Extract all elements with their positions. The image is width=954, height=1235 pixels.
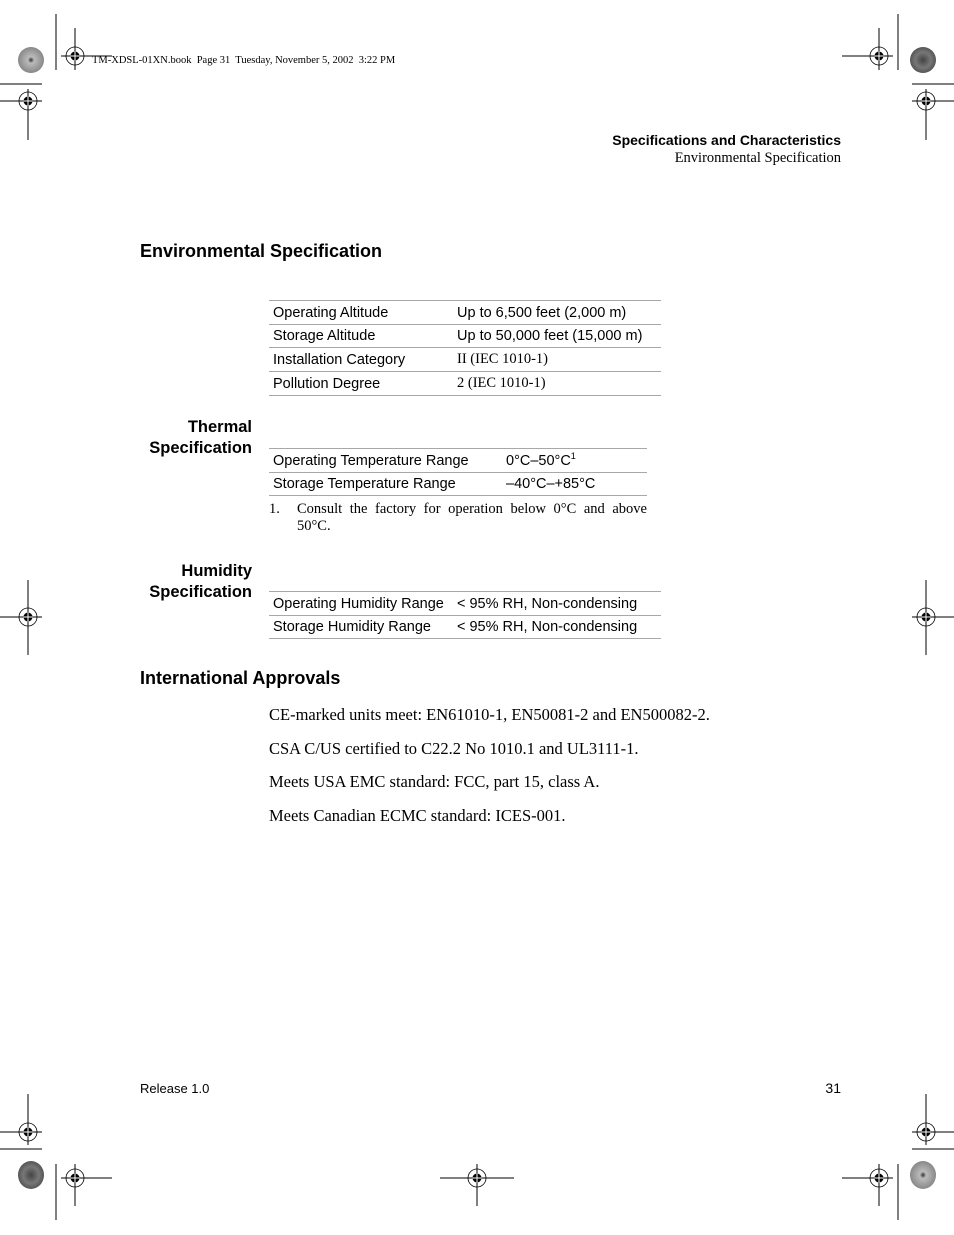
table-row: Operating Temperature Range 0°C–50°C1: [269, 449, 647, 473]
print-slug: TM-XDSL-01XN.book Page 31 Tuesday, Novem…: [92, 55, 395, 66]
row-label: Installation Category: [269, 348, 453, 372]
star-target-icon: [910, 47, 936, 73]
row-label: Pollution Degree: [269, 372, 453, 396]
approvals-heading: International Approvals: [140, 668, 340, 689]
row-label: Operating Altitude: [269, 301, 453, 325]
row-label: Operating Humidity Range: [269, 592, 453, 616]
row-label: Storage Humidity Range: [269, 616, 453, 639]
row-label: Operating Temperature Range: [269, 449, 502, 473]
table-row: Storage Altitude Up to 50,000 feet (15,0…: [269, 325, 661, 348]
star-target-icon: [910, 1161, 936, 1189]
table-row: Operating Humidity Range < 95% RH, Non-c…: [269, 592, 661, 616]
row-value: < 95% RH, Non-condensing: [453, 592, 661, 616]
footnote-ref: 1: [571, 451, 576, 461]
table-row: Pollution Degree 2 (IEC 1010-1): [269, 372, 661, 396]
star-target-icon: [18, 47, 44, 73]
footnote-text: Consult the factory for operation below …: [297, 501, 647, 535]
footer-release: Release 1.0: [140, 1081, 209, 1096]
row-value: 2 (IEC 1010-1): [453, 372, 661, 396]
approval-paragraph: Meets USA EMC standard: FCC, part 15, cl…: [269, 772, 599, 792]
page-number: 31: [825, 1080, 841, 1096]
approval-paragraph: CE-marked units meet: EN61010-1, EN50081…: [269, 705, 710, 725]
row-value: 0°C–50°C1: [502, 449, 647, 473]
footnote-number: 1.: [269, 501, 280, 518]
thermal-footnote: 1. Consult the factory for operation bel…: [269, 501, 647, 535]
row-value: Up to 50,000 feet (15,000 m): [453, 325, 661, 348]
running-header-section: Environmental Specification: [675, 150, 841, 167]
table-row: Operating Altitude Up to 6,500 feet (2,0…: [269, 301, 661, 325]
row-value: Up to 6,500 feet (2,000 m): [453, 301, 661, 325]
environmental-table: Operating Altitude Up to 6,500 feet (2,0…: [269, 300, 661, 396]
table-row: Storage Humidity Range < 95% RH, Non-con…: [269, 616, 661, 639]
environmental-heading: Environmental Specification: [140, 241, 382, 262]
row-label: Storage Temperature Range: [269, 473, 502, 496]
approval-paragraph: Meets Canadian ECMC standard: ICES-001.: [269, 806, 566, 826]
approval-paragraph: CSA C/US certified to C22.2 No 1010.1 an…: [269, 739, 639, 759]
humidity-table: Operating Humidity Range < 95% RH, Non-c…: [269, 591, 661, 639]
thermal-table: Operating Temperature Range 0°C–50°C1 St…: [269, 448, 647, 496]
running-header-chapter: Specifications and Characteristics: [612, 132, 841, 148]
row-value: < 95% RH, Non-condensing: [453, 616, 661, 639]
table-row: Installation Category II (IEC 1010-1): [269, 348, 661, 372]
row-label: Storage Altitude: [269, 325, 453, 348]
star-target-icon: [18, 1161, 44, 1189]
thermal-side-heading: Thermal Specification: [120, 417, 252, 459]
row-value: –40°C–+85°C: [502, 473, 647, 496]
row-value: II (IEC 1010-1): [453, 348, 661, 372]
humidity-side-heading: Humidity Specification: [120, 561, 252, 603]
table-row: Storage Temperature Range –40°C–+85°C: [269, 473, 647, 496]
